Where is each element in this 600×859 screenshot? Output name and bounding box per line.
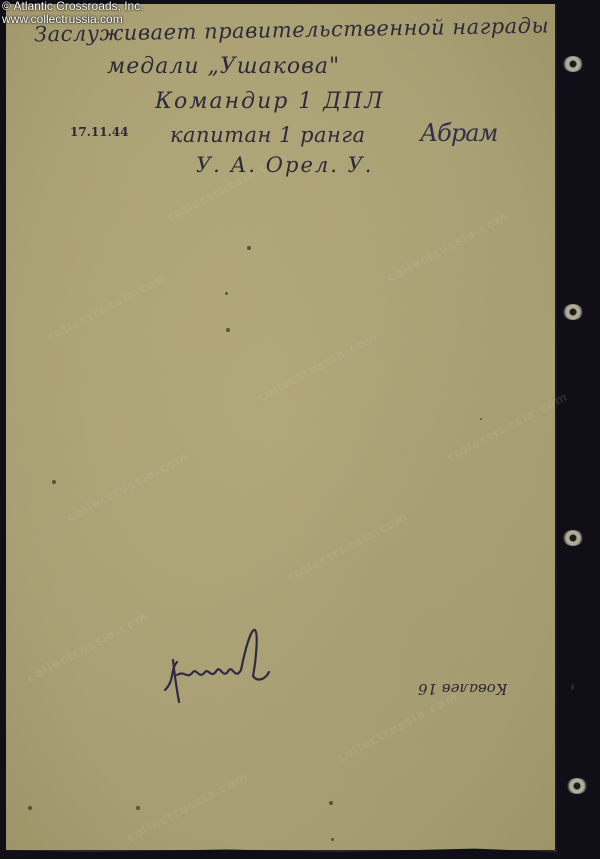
paper-speck — [225, 292, 228, 295]
paper-speck — [331, 838, 334, 841]
rank-text: капитан 1 ранга — [170, 123, 366, 147]
binder-hole — [566, 778, 588, 794]
paper-speck — [226, 328, 230, 332]
paper-speck — [136, 806, 140, 810]
binder-hole — [562, 56, 584, 72]
upside-down-note: Ковалев 16 — [418, 680, 507, 698]
paper-speck — [28, 806, 32, 810]
paper-speck — [52, 480, 56, 484]
margin-date: 17.11.44 — [70, 125, 128, 139]
paper-speck — [247, 246, 251, 250]
binder-hole — [562, 304, 584, 320]
position-text: Командир 1 ДПЛ — [155, 89, 385, 114]
commander-name: У. А. Орел. У. — [196, 153, 373, 177]
page-edge-shadow — [555, 4, 557, 850]
website-url: www.collectrussia.com — [2, 13, 144, 26]
paper-speck — [480, 418, 482, 420]
copyright-watermark: © Atlantic Crossroads, Inc. www.collectr… — [2, 0, 144, 26]
binder-hole — [562, 530, 584, 546]
paper-speck — [571, 684, 574, 690]
paper-speck — [329, 801, 333, 805]
award-text: медали „Ушакова" — [107, 54, 340, 79]
signature-scribble-icon — [155, 610, 275, 710]
bottom-signature — [155, 610, 275, 710]
commander-signature: Абрам — [420, 119, 497, 147]
